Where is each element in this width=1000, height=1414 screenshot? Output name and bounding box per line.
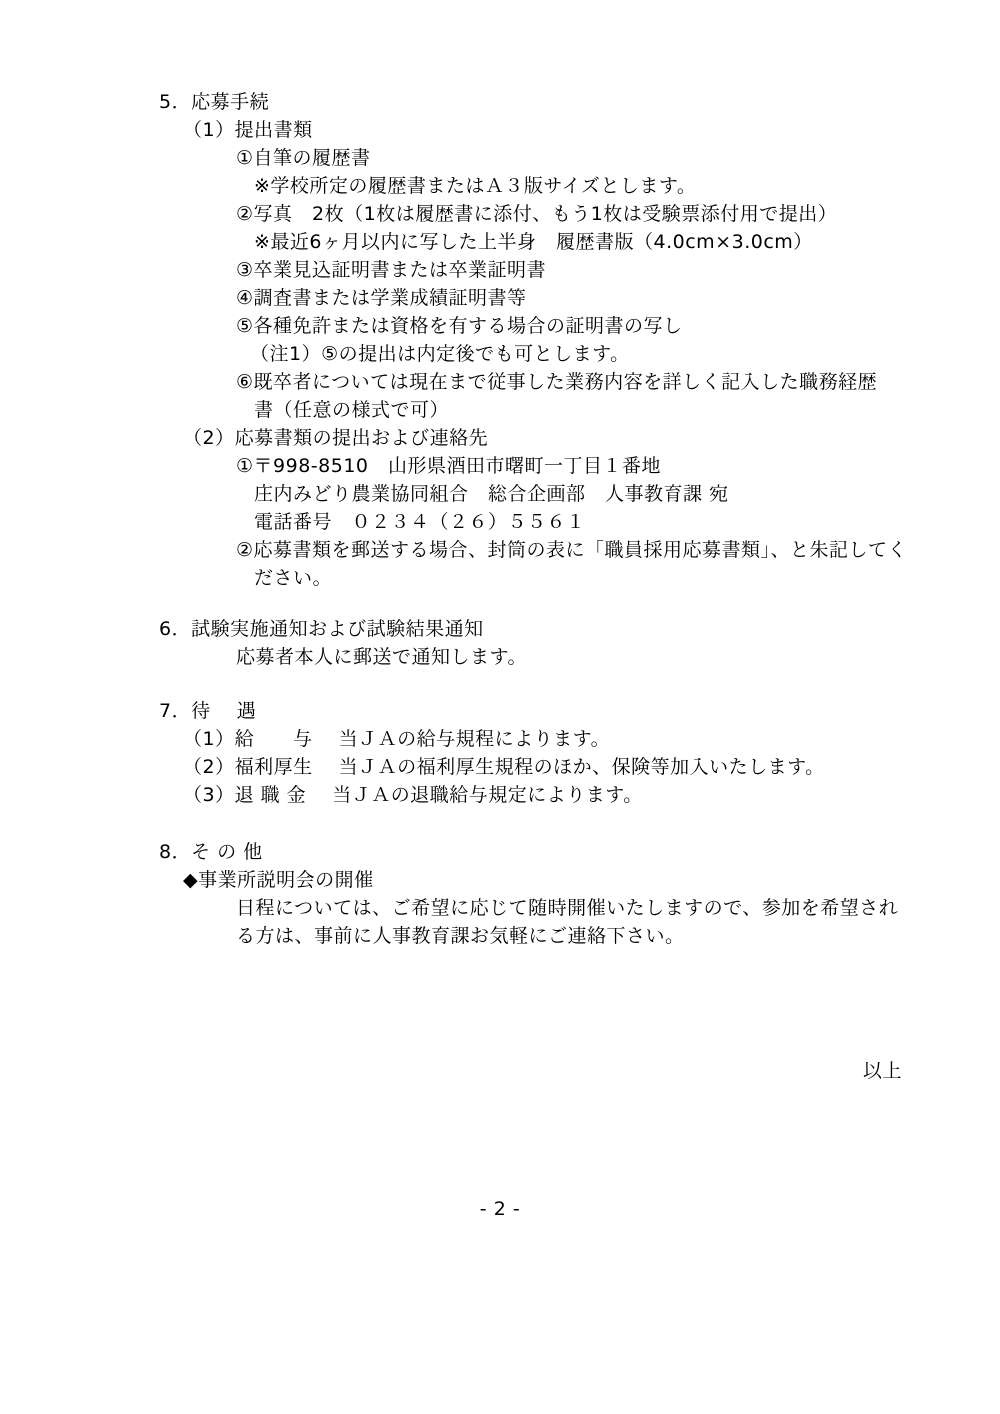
section7-heading: 7．待 遇	[0, 697, 1000, 725]
section6-heading: 6．試験実施通知および試験結果通知	[0, 615, 1000, 643]
item-license-certificates: ⑤各種免許または資格を有する場合の証明書の写し	[0, 312, 1000, 340]
item-photos: ②写真 2枚（1枚は履歴書に添付、もう1枚は受験票添付用で提出）	[0, 200, 1000, 228]
item-graduation-certificate: ③卒業見込証明書または卒業証明書	[0, 256, 1000, 284]
note-resume-format: ※学校所定の履歴書またはＡ３版サイズとします。	[0, 172, 1000, 200]
section-treatment: 7．待 遇 （1）給 与 当ＪＡの給与規程によります。 （2）福利厚生 当ＪＡの…	[0, 697, 1000, 809]
info-session-heading: ◆事業所説明会の開催	[0, 866, 1000, 894]
notification-method: 応募者本人に郵送で通知します。	[0, 643, 1000, 671]
item-handwritten-resume: ①自筆の履歴書	[0, 144, 1000, 172]
section5-heading: 5．応募手続	[0, 88, 1000, 116]
contact-address: ①〒998-8510 山形県酒田市曙町一丁目１番地	[0, 452, 1000, 480]
mailing-instruction: ②応募書類を郵送する場合、封筒の表に「職員採用応募書類」、と朱記してく	[0, 536, 1000, 564]
closing-text: 以上	[0, 1057, 1000, 1085]
document-page: 5．応募手続 （1）提出書類 ①自筆の履歴書 ※学校所定の履歴書またはＡ３版サイ…	[0, 0, 1000, 1414]
info-session-detail: 日程については、ご希望に応じて随時開催いたしますので、参加を希望され	[0, 894, 1000, 922]
section8-heading: 8．そ の 他	[0, 838, 1000, 866]
section-application-procedure: 5．応募手続 （1）提出書類 ①自筆の履歴書 ※学校所定の履歴書またはＡ３版サイ…	[0, 88, 1000, 592]
info-session-detail-cont: る方は、事前に人事教育課お気軽にご連絡下さい。	[0, 922, 1000, 950]
section-exam-notification: 6．試験実施通知および試験結果通知 応募者本人に郵送で通知します。	[0, 615, 1000, 671]
note-license-submission: （注1）⑤の提出は内定後でも可とします。	[0, 340, 1000, 368]
welfare-line: （2）福利厚生 当ＪＡの福利厚生規程のほか、保険等加入いたします。	[0, 753, 1000, 781]
item-transcript: ④調査書または学業成績証明書等	[0, 284, 1000, 312]
salary-line: （1）給 与 当ＪＡの給与規程によります。	[0, 725, 1000, 753]
section-other: 8．そ の 他 ◆事業所説明会の開催 日程については、ご希望に応じて随時開催いた…	[0, 838, 1000, 950]
page-number: - 2 -	[0, 1195, 1000, 1223]
mailing-instruction-cont: ださい。	[0, 564, 1000, 592]
item-work-history: ⑥既卒者については現在まで従事した業務内容を詳しく記入した職務経歴	[0, 368, 1000, 396]
retirement-line: （3）退 職 金 当ＪＡの退職給与規定によります。	[0, 781, 1000, 809]
note-photo-spec: ※最近6ヶ月以内に写した上半身 履歴書版（4.0cm×3.0cm）	[0, 228, 1000, 256]
contact-organization: 庄内みどり農業協同組合 総合企画部 人事教育課 宛	[0, 480, 1000, 508]
document-content: 5．応募手続 （1）提出書類 ①自筆の履歴書 ※学校所定の履歴書またはＡ３版サイ…	[0, 88, 1000, 1223]
item-work-history-cont: 書（任意の様式で可）	[0, 396, 1000, 424]
submitted-documents-heading: （1）提出書類	[0, 116, 1000, 144]
submission-contact-heading: （2）応募書類の提出および連絡先	[0, 424, 1000, 452]
contact-phone: 電話番号 ０２３４（２６）５５６１	[0, 508, 1000, 536]
